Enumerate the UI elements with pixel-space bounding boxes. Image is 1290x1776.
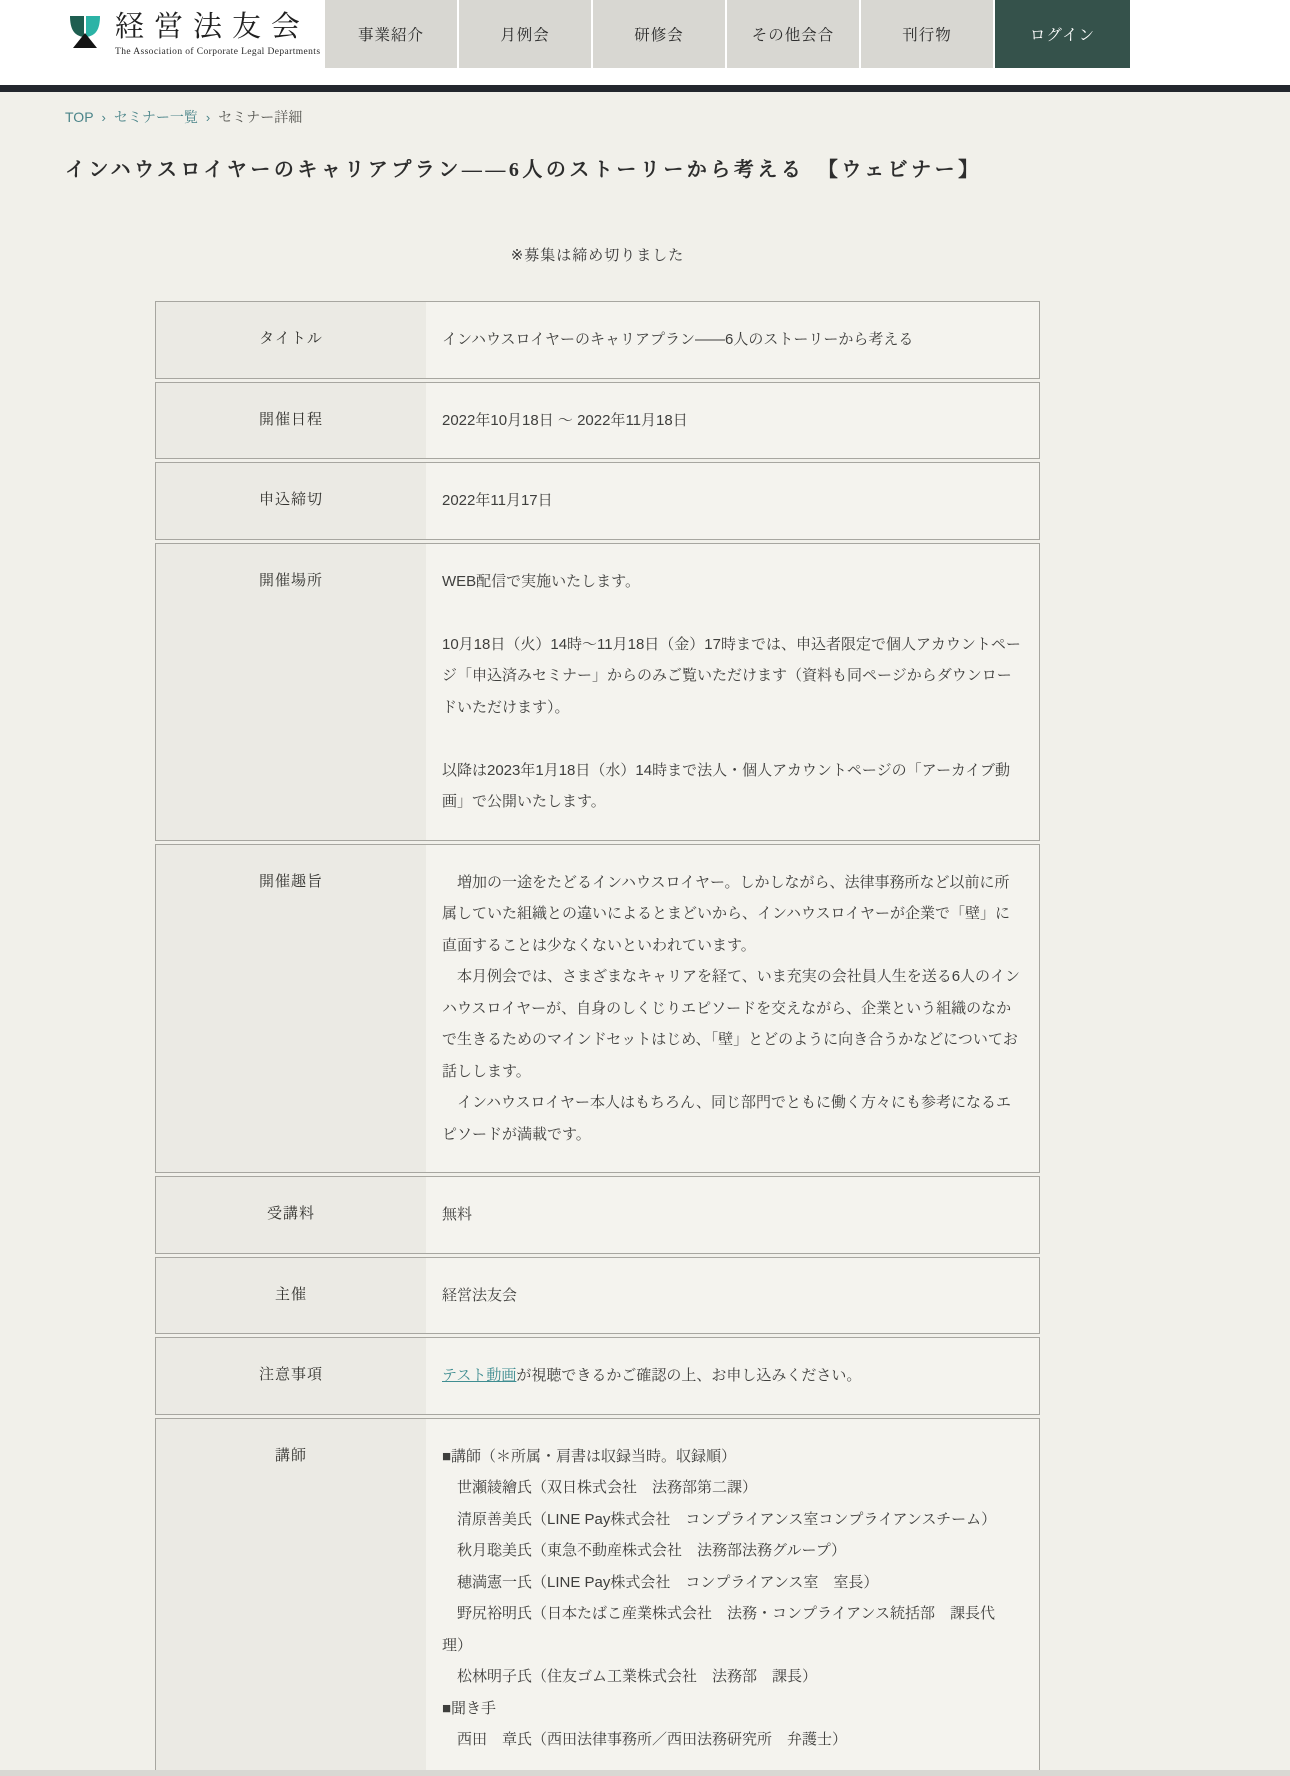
row-label-notes: 注意事項 [156, 1338, 426, 1414]
table-row-purpose: 開催趣旨 増加の一途をたどるインハウスロイヤー。しかしながら、法律事務所など以前… [155, 844, 1040, 1174]
row-value-venue: WEB配信で実施いたします。 10月18日（火）14時〜11月18日（金）17時… [426, 544, 1039, 840]
logo-subtitle: The Association of Corporate Legal Depar… [115, 47, 320, 57]
row-value-lecturers: ■講師（＊所属・肩書は収録当時。収録順） 世瀬綾繪氏（双日株式会社 法務部第二課… [426, 1419, 1039, 1776]
nav-item-business[interactable]: 事業紹介 [325, 0, 457, 68]
notes-text: が視聴できるかご確認の上、お申し込みください。 [516, 1367, 861, 1384]
main-content: TOP › セミナー一覧 › セミナー詳細 インハウスロイヤーのキャリアプラン―… [0, 107, 1290, 1776]
table-row-venue: 開催場所 WEB配信で実施いたします。 10月18日（火）14時〜11月18日（… [155, 543, 1040, 841]
table-row-title: タイトル インハウスロイヤーのキャリアプラン――6人のストーリーから考える [155, 301, 1040, 379]
row-label-purpose: 開催趣旨 [156, 845, 426, 1173]
login-button[interactable]: ログイン [995, 0, 1130, 68]
table-row-notes: 注意事項 テスト動画が視聴できるかご確認の上、お申し込みください。 [155, 1337, 1040, 1415]
main-nav: 事業紹介 月例会 研修会 その他会合 刊行物 ログイン [325, 0, 1130, 68]
nav-item-training[interactable]: 研修会 [593, 0, 725, 68]
breadcrumb-top-link[interactable]: TOP [65, 109, 94, 125]
row-label-schedule: 開催日程 [156, 383, 426, 459]
row-label-title: タイトル [156, 302, 426, 378]
table-row-schedule: 開催日程 2022年10月18日 ～ 2022年11月18日 [155, 382, 1040, 460]
recruitment-closed-notice: ※募集は締め切りました [155, 244, 1040, 265]
row-value-deadline: 2022年11月17日 [426, 463, 1039, 539]
logo-title: 経営法友会 [115, 11, 320, 44]
header-divider-bar [0, 85, 1290, 92]
breadcrumb-seminar-list-link[interactable]: セミナー一覧 [114, 107, 198, 127]
seminar-detail-table: タイトル インハウスロイヤーのキャリアプラン――6人のストーリーから考える 開催… [155, 301, 1040, 1776]
row-label-deadline: 申込締切 [156, 463, 426, 539]
site-logo[interactable]: 経営法友会 The Association of Corporate Legal… [64, 11, 320, 57]
site-header: 経営法友会 The Association of Corporate Legal… [0, 0, 1290, 85]
test-video-link[interactable]: テスト動画 [442, 1367, 516, 1384]
breadcrumb-current: セミナー詳細 [218, 107, 302, 127]
breadcrumb: TOP › セミナー一覧 › セミナー詳細 [65, 107, 1225, 127]
table-row-lecturers: 講師 ■講師（＊所属・肩書は収録当時。収録順） 世瀬綾繪氏（双日株式会社 法務部… [155, 1418, 1040, 1776]
row-value-schedule: 2022年10月18日 ～ 2022年11月18日 [426, 383, 1039, 459]
footer-strip [0, 1770, 1290, 1776]
page-title: インハウスロイヤーのキャリアプラン――6人のストーリーから考える 【ウェビナー】 [65, 153, 1225, 182]
row-value-purpose: 増加の一途をたどるインハウスロイヤー。しかしながら、法律事務所など以前に所属して… [426, 845, 1039, 1173]
row-label-lecturers: 講師 [156, 1419, 426, 1776]
breadcrumb-separator: › [102, 110, 106, 125]
nav-item-monthly[interactable]: 月例会 [459, 0, 591, 68]
row-value-organizer: 経営法友会 [426, 1258, 1039, 1334]
row-label-organizer: 主催 [156, 1258, 426, 1334]
row-value-title: インハウスロイヤーのキャリアプラン――6人のストーリーから考える [426, 302, 1039, 378]
nav-item-other-meetings[interactable]: その他会合 [727, 0, 859, 68]
row-label-venue: 開催場所 [156, 544, 426, 840]
nav-item-publications[interactable]: 刊行物 [861, 0, 993, 68]
logo-icon [64, 11, 106, 53]
row-label-fee: 受講料 [156, 1177, 426, 1253]
table-row-deadline: 申込締切 2022年11月17日 [155, 462, 1040, 540]
row-value-fee: 無料 [426, 1177, 1039, 1253]
table-row-fee: 受講料 無料 [155, 1176, 1040, 1254]
table-row-organizer: 主催 経営法友会 [155, 1257, 1040, 1335]
row-value-notes: テスト動画が視聴できるかご確認の上、お申し込みください。 [426, 1338, 1039, 1414]
breadcrumb-separator: › [206, 110, 210, 125]
